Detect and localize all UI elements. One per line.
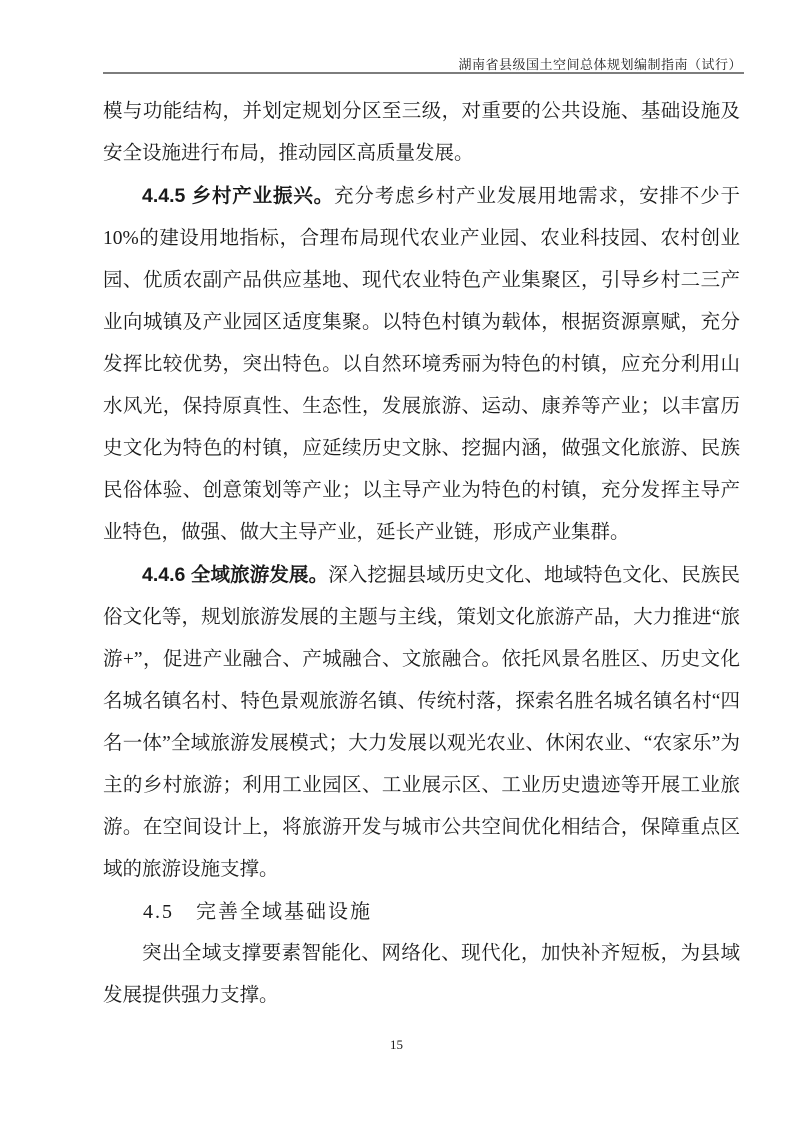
section-4-4-6-text: 深入挖掘县域历史文化、地域特色文化、民族民俗文化等，规划旅游发展的主题与主线，策… bbox=[103, 565, 740, 880]
page-number: 15 bbox=[390, 1037, 403, 1052]
paragraph-continuation: 模与功能结构，并划定规划分区至三级，对重要的公共设施、基础设施及安全设施进行布局… bbox=[103, 91, 740, 175]
section-4-4-5-label: 4.4.5 乡村产业振兴。 bbox=[142, 185, 334, 207]
section-4-4-5-text: 充分考虑乡村产业发展用地需求，安排不少于10%的建设用地指标，合理布局现代农业产… bbox=[103, 186, 740, 543]
document-page: 湖南省县级国土空间总体规划编制指南（试行） 模与功能结构，并划定规划分区至三级，… bbox=[0, 0, 793, 1122]
page-header: 湖南省县级国土空间总体规划编制指南（试行） bbox=[103, 54, 742, 73]
document-body: 模与功能结构，并划定规划分区至三级，对重要的公共设施、基础设施及安全设施进行布局… bbox=[103, 91, 740, 1017]
section-4-4-5: 4.4.5 乡村产业振兴。充分考虑乡村产业发展用地需求，安排不少于10%的建设用… bbox=[103, 175, 740, 554]
page-footer: 15 bbox=[0, 1036, 793, 1054]
paragraph-4-5: 突出全域支撑要素智能化、网络化、现代化，加快补齐短板，为县域发展提供强力支撑。 bbox=[103, 933, 740, 1017]
section-4-5-heading: 4.5 完善全域基础设施 bbox=[103, 891, 740, 933]
section-4-4-6-label: 4.4.6 全域旅游发展。 bbox=[142, 564, 328, 586]
section-4-4-6: 4.4.6 全域旅游发展。深入挖掘县域历史文化、地域特色文化、民族民俗文化等，规… bbox=[103, 554, 740, 891]
running-head-title: 湖南省县级国土空间总体规划编制指南（试行） bbox=[458, 57, 742, 72]
header-rule bbox=[103, 72, 744, 74]
